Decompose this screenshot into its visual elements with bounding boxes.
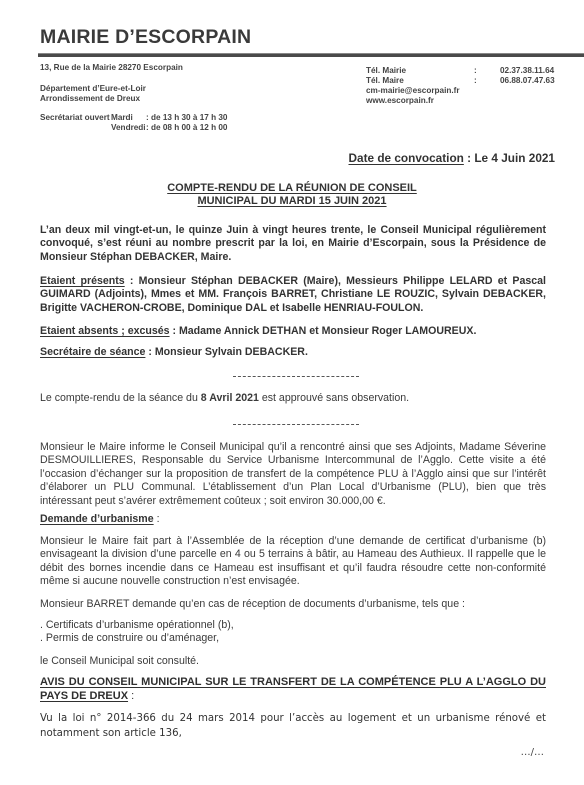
hours-time: : de 08 h 00 à 12 h 00 bbox=[146, 123, 227, 133]
document-title-line1: COMPTE-RENDU DE LA RÉUNION DE CONSEIL bbox=[167, 182, 417, 194]
mairie-title: MAIRIE D’ESCORPAIN bbox=[40, 26, 251, 49]
contact-block: Tél. Mairie : 02.37.38.11.64 Tél. Maire … bbox=[366, 66, 555, 106]
urbanisme-heading-label: Demande d’urbanisme bbox=[40, 513, 154, 525]
present-label: Etaient présents bbox=[40, 275, 125, 287]
document-title-line2: MUNICIPAL DU MARDI 15 JUIN 2021 bbox=[197, 195, 386, 207]
separator-line bbox=[233, 424, 359, 425]
contact-sep: : bbox=[474, 66, 500, 76]
continuation-mark: …/… bbox=[521, 747, 544, 758]
law-paragraph: Vu la loi n° 2014-366 du 24 mars 2014 po… bbox=[40, 711, 546, 741]
contact-sep: : bbox=[474, 76, 500, 86]
hours-day: Mardi bbox=[111, 113, 146, 123]
contact-phone-mairie: Tél. Mairie : 02.37.38.11.64 bbox=[366, 66, 555, 76]
urbanisme-paragraph-1: Monsieur le Maire fait part à l’Assemblé… bbox=[40, 535, 546, 589]
secretary-paragraph: Secrétaire de séance : Monsieur Sylvain … bbox=[40, 346, 546, 359]
urbanisme-heading-suffix: : bbox=[154, 513, 160, 525]
urbanisme-heading: Demande d’urbanisme : bbox=[40, 513, 546, 526]
approval-before: Le compte-rendu de la séance du bbox=[40, 392, 201, 404]
secretary-label: Secrétaire de séance bbox=[40, 346, 145, 358]
absent-text: : Madame Annick DETHAN et Monsieur Roger… bbox=[170, 325, 477, 337]
convocation-value: : Le 4 Juin 2021 bbox=[464, 151, 555, 165]
plu-info-paragraph: Monsieur le Maire informe le Conseil Mun… bbox=[40, 441, 546, 508]
mairie-address: 13, Rue de la Mairie 28270 Escorpain bbox=[40, 63, 183, 73]
document-title: COMPTE-RENDU DE LA RÉUNION DE CONSEIL MU… bbox=[0, 182, 584, 208]
contact-website[interactable]: www.escorpain.fr bbox=[366, 96, 555, 106]
intro-paragraph: L’an deux mil vingt-et-un, le quinze Jui… bbox=[40, 224, 546, 264]
secretary-text: : Monsieur Sylvain DEBACKER. bbox=[145, 346, 307, 358]
urbanisme-paragraph-2: Monsieur BARRET demande qu’en cas de réc… bbox=[40, 598, 546, 611]
list-item: . Certificats d’urbanisme opérationnel (… bbox=[40, 619, 546, 632]
contact-label: Tél. Mairie bbox=[366, 66, 474, 76]
approval-date: 8 Avril 2021 bbox=[201, 392, 259, 404]
hours-day: Vendredi bbox=[111, 123, 146, 133]
document-type-list: . Certificats d’urbanisme opérationnel (… bbox=[40, 619, 546, 646]
separator-line bbox=[233, 376, 359, 377]
present-paragraph: Etaient présents : Monsieur Stéphan DEBA… bbox=[40, 275, 546, 315]
convocation-date: Date de convocation : Le 4 Juin 2021 bbox=[0, 151, 584, 165]
secretariat-hours: Secrétariat ouvert Mardi : de 13 h 30 à … bbox=[40, 113, 227, 133]
contact-email[interactable]: cm-mairie@escorpain.fr bbox=[366, 86, 555, 96]
convocation-label: Date de convocation bbox=[348, 151, 463, 165]
contact-value[interactable]: 02.37.38.11.64 bbox=[500, 66, 554, 76]
avis-heading-label: AVIS DU CONSEIL MUNICIPAL SUR LE TRANSFE… bbox=[40, 676, 546, 702]
urbanisme-conclusion: le Conseil Municipal soit consulté. bbox=[40, 655, 546, 668]
approval-after: est approuvé sans observation. bbox=[259, 392, 409, 404]
avis-heading-suffix: : bbox=[128, 690, 134, 702]
avis-heading: AVIS DU CONSEIL MUNICIPAL SUR LE TRANSFE… bbox=[40, 675, 546, 703]
absent-label: Etaient absents ; excusés bbox=[40, 325, 170, 337]
arrondissement: Arrondissement de Dreux bbox=[40, 94, 140, 104]
hours-time: : de 13 h 30 à 17 h 30 bbox=[146, 113, 227, 123]
department: Département d’Eure-et-Loir bbox=[40, 84, 146, 94]
contact-value[interactable]: 06.88.07.47.63 bbox=[500, 76, 555, 86]
approval-paragraph: Le compte-rendu de la séance du 8 Avril … bbox=[40, 392, 546, 405]
list-item: . Permis de construire ou d’aménager, bbox=[40, 632, 546, 645]
header-divider bbox=[38, 53, 584, 57]
document-page: MAIRIE D’ESCORPAIN 13, Rue de la Mairie … bbox=[0, 0, 584, 785]
contact-label: Tél. Maire bbox=[366, 76, 474, 86]
absent-paragraph: Etaient absents ; excusés : Madame Annic… bbox=[40, 325, 546, 338]
secretariat-label: Secrétariat ouvert bbox=[40, 113, 111, 123]
contact-phone-maire: Tél. Maire : 06.88.07.47.63 bbox=[366, 76, 555, 86]
